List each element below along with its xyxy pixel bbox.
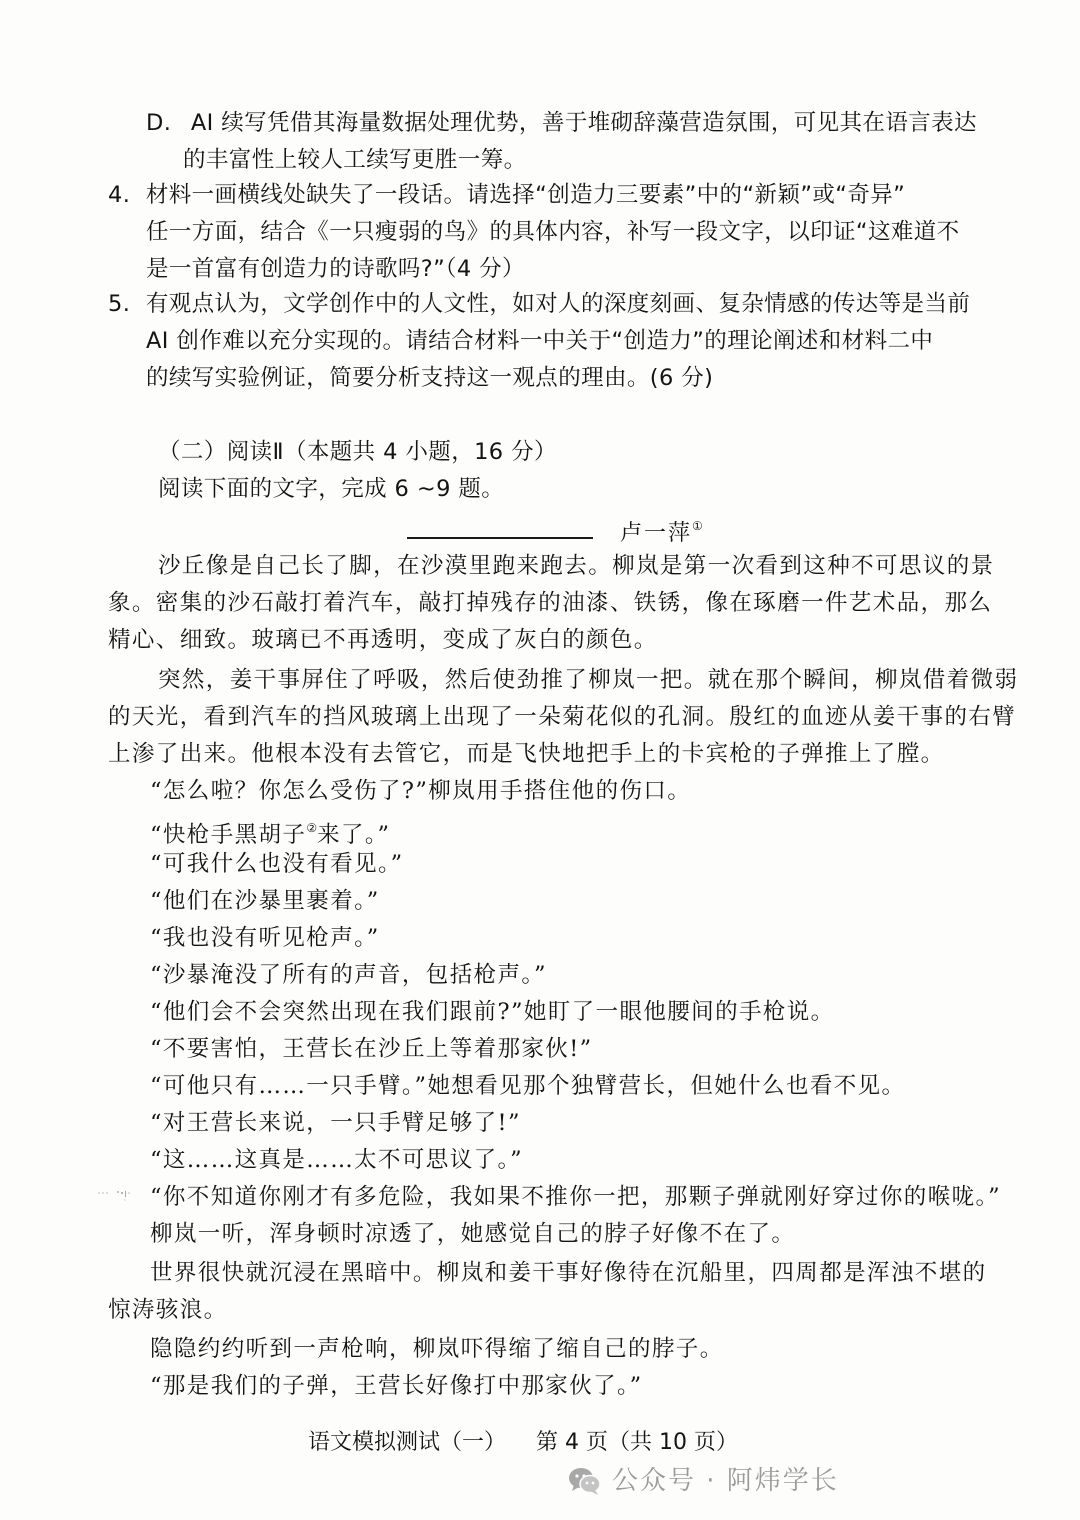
dialogue-line: “不要害怕，王营长在沙丘上等着那家伙!” xyxy=(150,1034,593,1064)
dialogue-line: “我也没有听见枪声。” xyxy=(150,923,380,953)
story-line: 惊涛骇浪。 xyxy=(108,1295,228,1325)
footnote-marker-2: ② xyxy=(306,821,317,835)
option-d-line-2: 的丰富性上较人工续写更胜一筹。 xyxy=(183,145,527,175)
dialogue-line: “沙暴淹没了所有的声音，包括枪声。” xyxy=(150,960,547,990)
story-line: 柳岚一听，浑身顿时凉透了，她感觉自己的脖子好像不在了。 xyxy=(150,1219,795,1249)
question-4-line-1: 4. 材料一画横线处缺失了一段话。请选择“创造力三要素”中的“新颖”或“奇异” xyxy=(108,180,905,210)
author-name: 卢一萍① xyxy=(620,511,703,549)
page-number: 第 4 页（共 10 页） xyxy=(536,1430,738,1455)
dialogue-line: “你不知道你刚才有多危险，我如果不推你一把，那颗子弹就刚好穿过你的喉咙。” xyxy=(150,1182,1001,1212)
story-line: 世界很快就沉浸在黑暗中。柳岚和姜干事好像待在沉船里，四周都是浑浊不堪的 xyxy=(150,1258,987,1288)
wechat-icon xyxy=(568,1466,602,1496)
option-d-text: AI 续写凭借其海量数据处理优势，善于堆砌辞藻营造氛围，可见其在语言表达 xyxy=(191,110,977,136)
option-d-line-1: D. AI 续写凭借其海量数据处理优势，善于堆砌辞藻营造氛围，可见其在语言表达 xyxy=(146,108,977,138)
story-line: 沙丘像是自己长了脚，在沙漠里跑来跑去。柳岚是第一次看到这种不可思议的景 xyxy=(158,551,995,581)
scan-specks xyxy=(96,1188,140,1202)
exam-title: 语文模拟测试（一） xyxy=(308,1430,506,1455)
question-4-number: 4. xyxy=(108,182,130,208)
question-4-line-2: 任一方面，结合《一只瘦弱的鸟》的具体内容，补写一段文字，以印证“这难道不 xyxy=(146,217,960,247)
dialogue-line: “对王营长来说，一只手臂足够了!” xyxy=(150,1108,521,1138)
story-line: 精心、细致。玻璃已不再透明，变成了灰白的颜色。 xyxy=(108,625,658,655)
question-5-line-1: 5. 有观点认为，文学创作中的人文性，如对人的深度刻画、复杂情感的传达等是当前 xyxy=(108,289,970,319)
question-5-line-3: 的续写实验例证，简要分析支持这一观点的理由。(6 分) xyxy=(146,363,713,393)
dialogue-line: “可我什么也没有看见。” xyxy=(150,849,404,879)
dialogue-line: “他们会不会突然出现在我们跟前?”她盯了一眼他腰间的手枪说。 xyxy=(150,997,835,1027)
story-line: 隐隐约约听到一声枪响，柳岚吓得缩了缩自己的脖子。 xyxy=(150,1334,724,1364)
section-instruction: 阅读下面的文字，完成 6 ~9 题。 xyxy=(158,474,504,504)
dialogue-line: “可他只有……一只手臂。”她想看见那个独臂营长，但她什么也看不见。 xyxy=(150,1071,905,1101)
section-heading: （二）阅读Ⅱ（本题共 4 小题，16 分） xyxy=(158,437,557,467)
dialogue-line: “他们在沙暴里裹着。” xyxy=(150,886,380,916)
footnote-marker-1: ① xyxy=(692,519,703,533)
page-footer: 语文模拟测试（一）第 4 页（共 10 页） xyxy=(308,1428,738,1458)
dialogue-line: “那是我们的子弹，王营长好像打中那家伙了。” xyxy=(150,1371,643,1401)
dialogue-line: “快枪手黑胡子②来了。” xyxy=(150,813,390,850)
dialogue-line: “怎么啦？你怎么受伤了?”柳岚用手搭住他的伤口。 xyxy=(150,776,691,806)
story-line: 的天光，看到汽车的挡风玻璃上出现了一朵菊花似的孔洞。殷红的血迹从姜干事的右臂 xyxy=(108,702,1016,732)
story-line: 突然，姜干事屏住了呼吸，然后使劲推了柳岚一把。就在那个瞬间，柳岚借着微弱 xyxy=(158,665,1018,695)
story-line: 象。密集的沙石敲打着汽车，敲打掉残存的油漆、铁锈，像在琢磨一件艺术品，那么 xyxy=(108,588,992,618)
question-5-number: 5. xyxy=(108,291,130,317)
title-blank-line xyxy=(407,537,593,539)
exam-page: D. AI 续写凭借其海量数据处理优势，善于堆砌辞藻营造氛围，可见其在语言表达 … xyxy=(0,0,1080,1520)
story-line: 上渗了出来。他根本没有去管它，而是飞快地把手上的卡宾枪的子弹推上了膛。 xyxy=(108,739,945,769)
question-5-line-2: AI 创作难以充分实现的。请结合材料一中关于“创造力”的理论阐述和材料二中 xyxy=(146,326,933,356)
dialogue-line: “这……这真是……太不可思议了。” xyxy=(150,1145,523,1175)
question-4-line-3: 是一首富有创造力的诗歌吗?”（4 分） xyxy=(146,254,525,284)
watermark-text: 公众号 · 阿炜学长 xyxy=(612,1464,839,1498)
question-4-text: 材料一画横线处缺失了一段话。请选择“创造力三要素”中的“新颖”或“奇异” xyxy=(146,182,905,208)
question-5-text: 有观点认为，文学创作中的人文性，如对人的深度刻画、复杂情感的传达等是当前 xyxy=(146,291,970,317)
watermark: 公众号 · 阿炜学长 xyxy=(568,1464,839,1498)
option-d-label: D. xyxy=(146,110,171,136)
